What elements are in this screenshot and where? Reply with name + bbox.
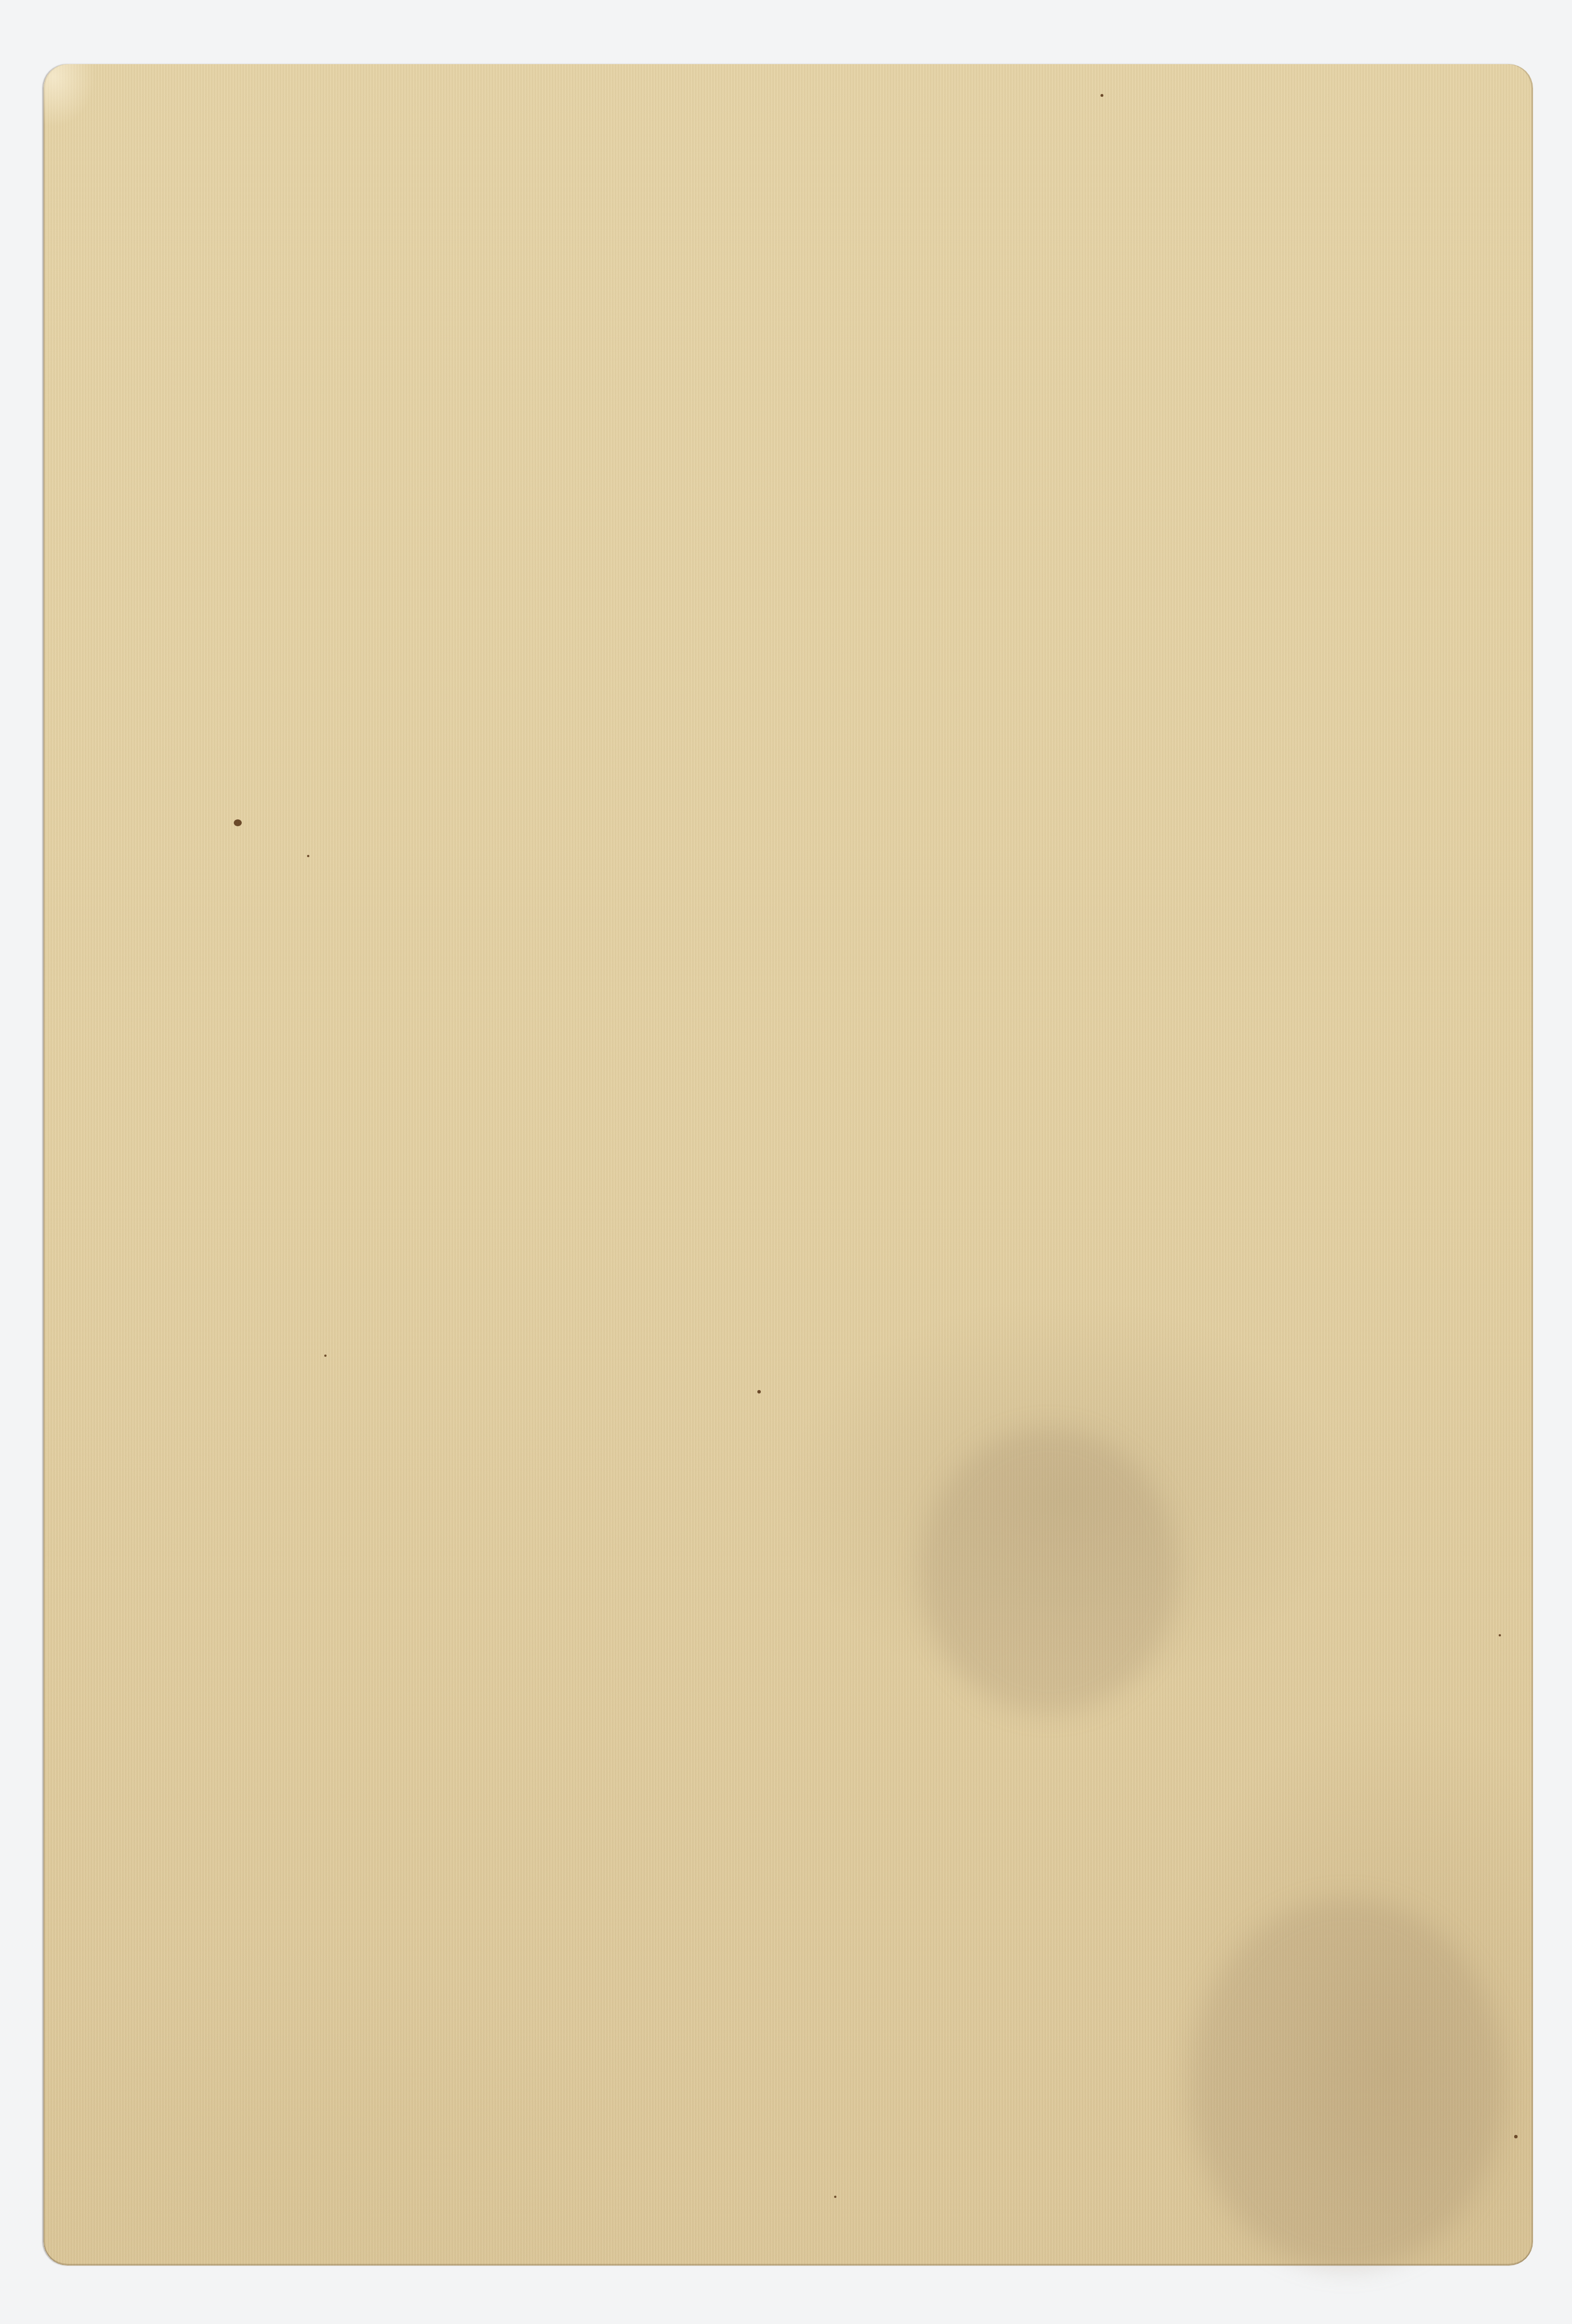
ink-speck bbox=[757, 1390, 761, 1393]
discoloration-stain bbox=[920, 1428, 1178, 1714]
ink-speck bbox=[324, 1355, 327, 1357]
ink-speck bbox=[834, 2196, 836, 2198]
cabinet-card-back bbox=[44, 64, 1533, 2266]
worn-corner-top-left bbox=[44, 64, 95, 127]
ink-speck bbox=[1101, 94, 1103, 97]
ink-speck bbox=[1514, 2135, 1518, 2138]
discoloration-stain bbox=[1189, 1898, 1504, 2270]
ink-speck bbox=[1499, 1634, 1501, 1636]
ink-speck bbox=[234, 819, 242, 826]
ink-speck bbox=[307, 855, 309, 857]
